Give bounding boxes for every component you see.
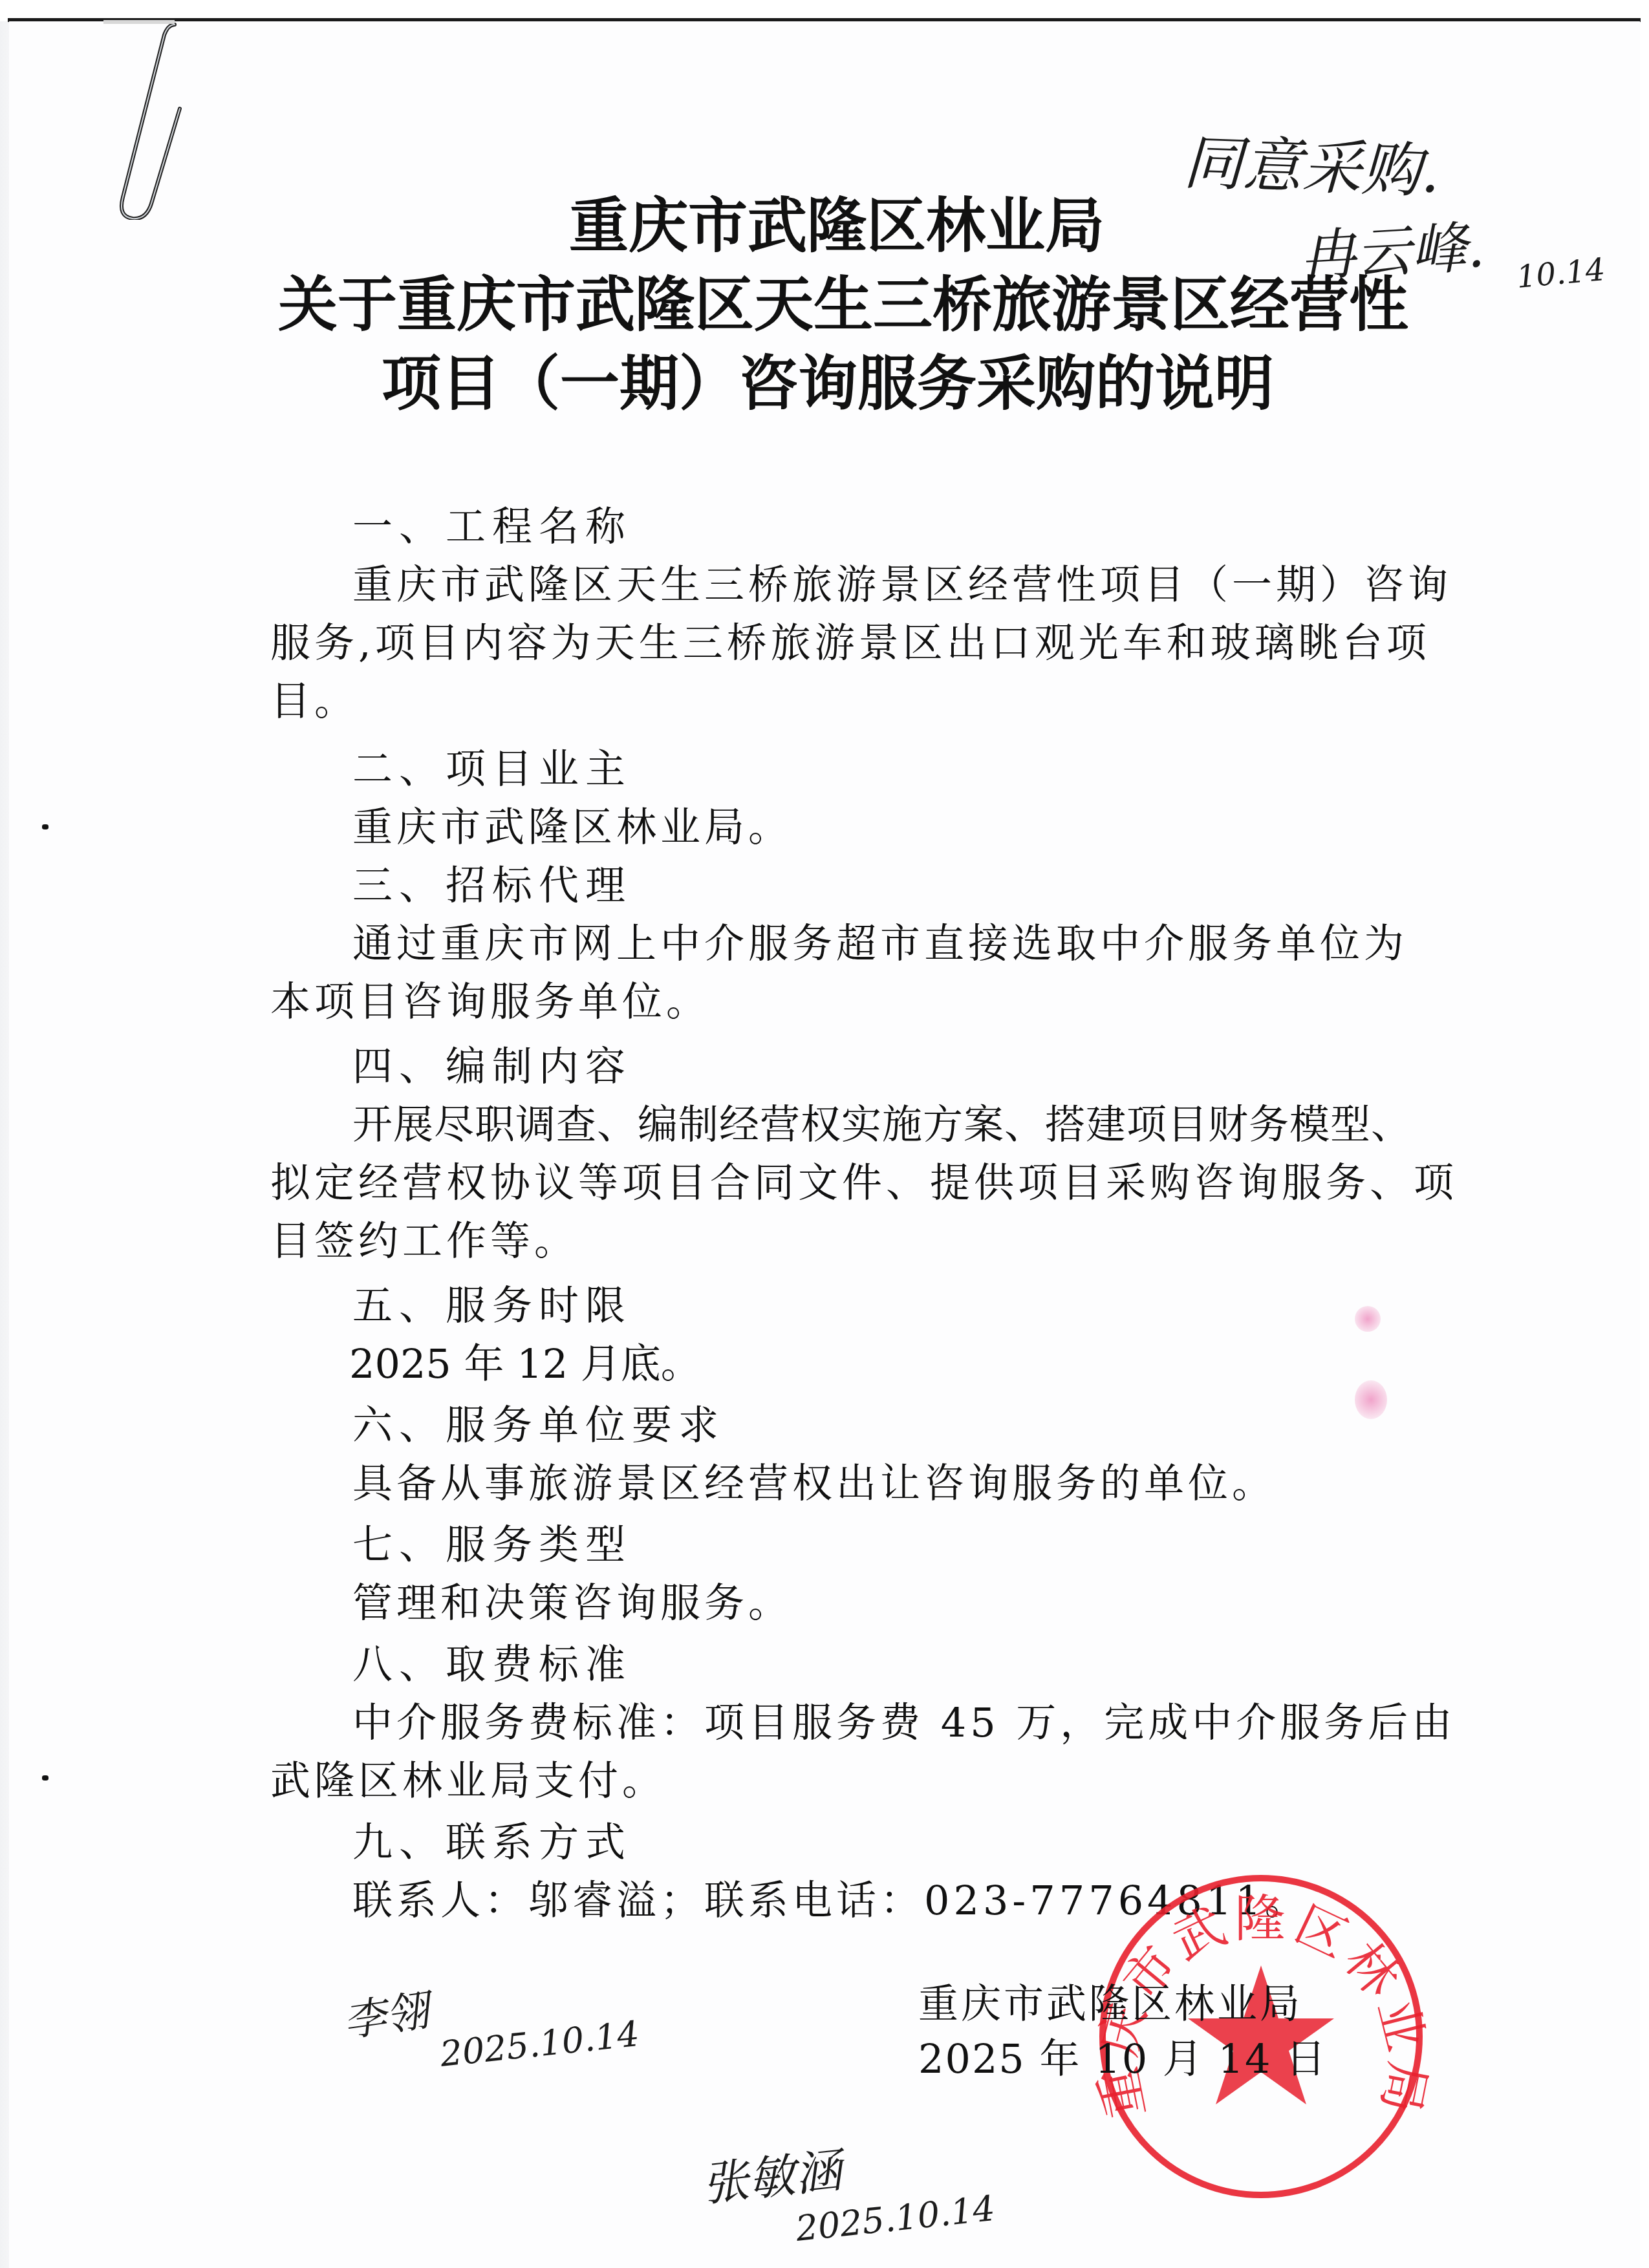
section-body-line: 开展尽职调查、编制经营权实施方案、搭建项目财务模型、 — [352, 1093, 1412, 1150]
section-heading: 五、服务时限 — [352, 1274, 632, 1331]
section-heading: 二、项目业主 — [352, 737, 632, 795]
paperclip-icon — [103, 13, 194, 220]
section-body-line: 重庆市武隆区天生三桥旅游景区经营性项目（一期）咨询 — [352, 553, 1452, 610]
title-line-3: 项目（一期）咨询服务采购的说明 — [382, 345, 1274, 423]
section-heading: 四、编制内容 — [352, 1034, 632, 1092]
issuing-organization: 重庆市武隆区林业局 — [918, 1972, 1302, 2029]
section-body-line: 通过重庆市网上中介服务超市直接选取中介服务单位为 — [352, 912, 1408, 969]
section-body-line: 武隆区林业局支付。 — [270, 1749, 666, 1806]
section-body-line: 目签约工作等。 — [270, 1209, 578, 1267]
binding-mark — [42, 824, 48, 829]
title-line-1: 重庆市武隆区林业局 — [569, 187, 1105, 265]
section-body-line: 中介服务费标准：项目服务费 45 万，完成中介服务后由 — [352, 1691, 1456, 1748]
binding-mark — [42, 1775, 48, 1781]
section-body-line: 2025 年 12 月底。 — [349, 1332, 701, 1389]
section-heading: 六、服务单位要求 — [352, 1393, 725, 1451]
section-body-line: 服务,项目内容为天生三桥旅游景区出口观光车和玻璃眺台项 — [270, 611, 1430, 669]
section-body-line: 拟定经营权协议等项目合同文件、提供项目采购咨询服务、项 — [270, 1151, 1458, 1208]
section-heading: 三、招标代理 — [352, 853, 632, 911]
section-body-line: 本项目咨询服务单位。 — [270, 970, 710, 1027]
section-heading: 七、服务类型 — [352, 1513, 632, 1570]
handwritten-approval-note: 同意采购. — [1182, 115, 1442, 209]
section-body-line: 具备从事旅游景区经营权出让咨询服务的单位。 — [352, 1451, 1276, 1509]
ink-smudge — [1355, 1306, 1381, 1332]
section-heading: 九、联系方式 — [352, 1810, 632, 1868]
handwritten-date-top: 10.14 — [1515, 251, 1607, 295]
title-line-2: 关于重庆市武隆区天生三桥旅游景区经营性 — [278, 266, 1408, 344]
ink-smudge — [1355, 1380, 1387, 1419]
section-body-line: 目。 — [270, 669, 358, 727]
section-body-line: 重庆市武隆区林业局。 — [352, 795, 792, 853]
section-heading: 一、工程名称 — [352, 495, 632, 552]
issue-date: 2025 年 10 月 14 日 — [918, 2027, 1327, 2084]
handwritten-signature-left: 李翎 — [339, 1976, 432, 2048]
section-body-line: 管理和决策咨询服务。 — [352, 1571, 792, 1629]
section-heading: 八、取费标准 — [352, 1632, 632, 1690]
